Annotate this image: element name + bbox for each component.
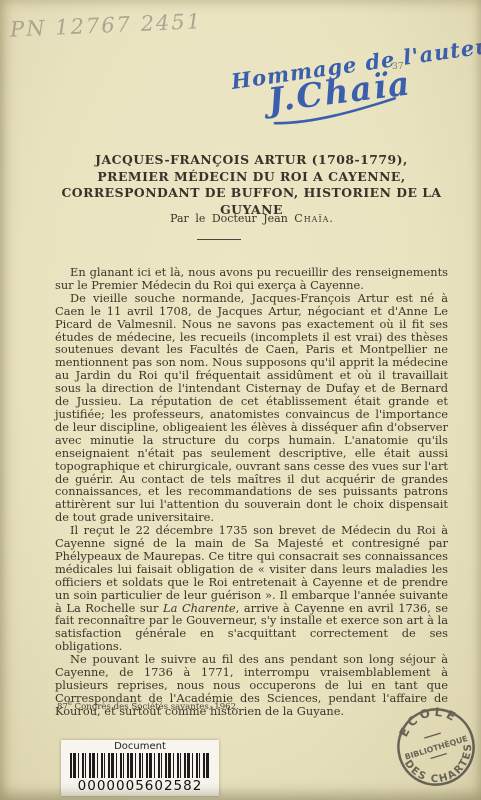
title-line-1: JACQUES-FRANÇOIS ARTUR (1708-1779), bbox=[55, 152, 448, 169]
title-line-2: PREMIER MÉDECIN DU ROI A CAYENNE, bbox=[55, 169, 448, 186]
byline-suffix: . bbox=[329, 212, 333, 225]
paragraph-1: En glanant ici et là, nous avons pu recu… bbox=[55, 266, 448, 292]
title-separator-rule bbox=[197, 239, 241, 240]
footnote: 87e Congrès des Sociétés savantes, 1962. bbox=[57, 699, 357, 712]
barcode-sticker: Document 0000005602582 bbox=[61, 740, 219, 796]
barcode-bars bbox=[70, 753, 210, 778]
barcode-label-text: Document bbox=[114, 741, 166, 752]
footnote-number: 87 bbox=[57, 702, 68, 712]
byline-prefix: Par le Docteur Jean bbox=[170, 212, 294, 225]
footnote-text: Congrès des Sociétés savantes, 1962. bbox=[72, 702, 239, 712]
barcode-number: 0000005602582 bbox=[78, 778, 203, 794]
ship-name-italic: La Charente bbox=[163, 601, 236, 615]
scanned-page: PN 12767 2451 Hommage de l'auteur J.Chaï… bbox=[0, 0, 481, 800]
page-number: 37 bbox=[392, 62, 403, 72]
stamp-upper-rule bbox=[424, 733, 440, 738]
pencil-shelf-mark: PN 12767 2451 bbox=[10, 8, 221, 41]
byline: Par le Docteur Jean Chaïa. bbox=[55, 212, 448, 225]
stamp-lower-rule bbox=[431, 753, 447, 758]
paragraph-3: Il reçut le 22 décembre 1735 son brevet … bbox=[55, 524, 448, 653]
article-title: JACQUES-FRANÇOIS ARTUR (1708-1779), PREM… bbox=[55, 152, 448, 218]
paragraph-2: De vieille souche normande, Jacques-Fran… bbox=[55, 292, 448, 524]
byline-surname: Chaïa bbox=[294, 212, 329, 225]
article-body: En glanant ici et là, nous avons pu recu… bbox=[55, 266, 448, 718]
